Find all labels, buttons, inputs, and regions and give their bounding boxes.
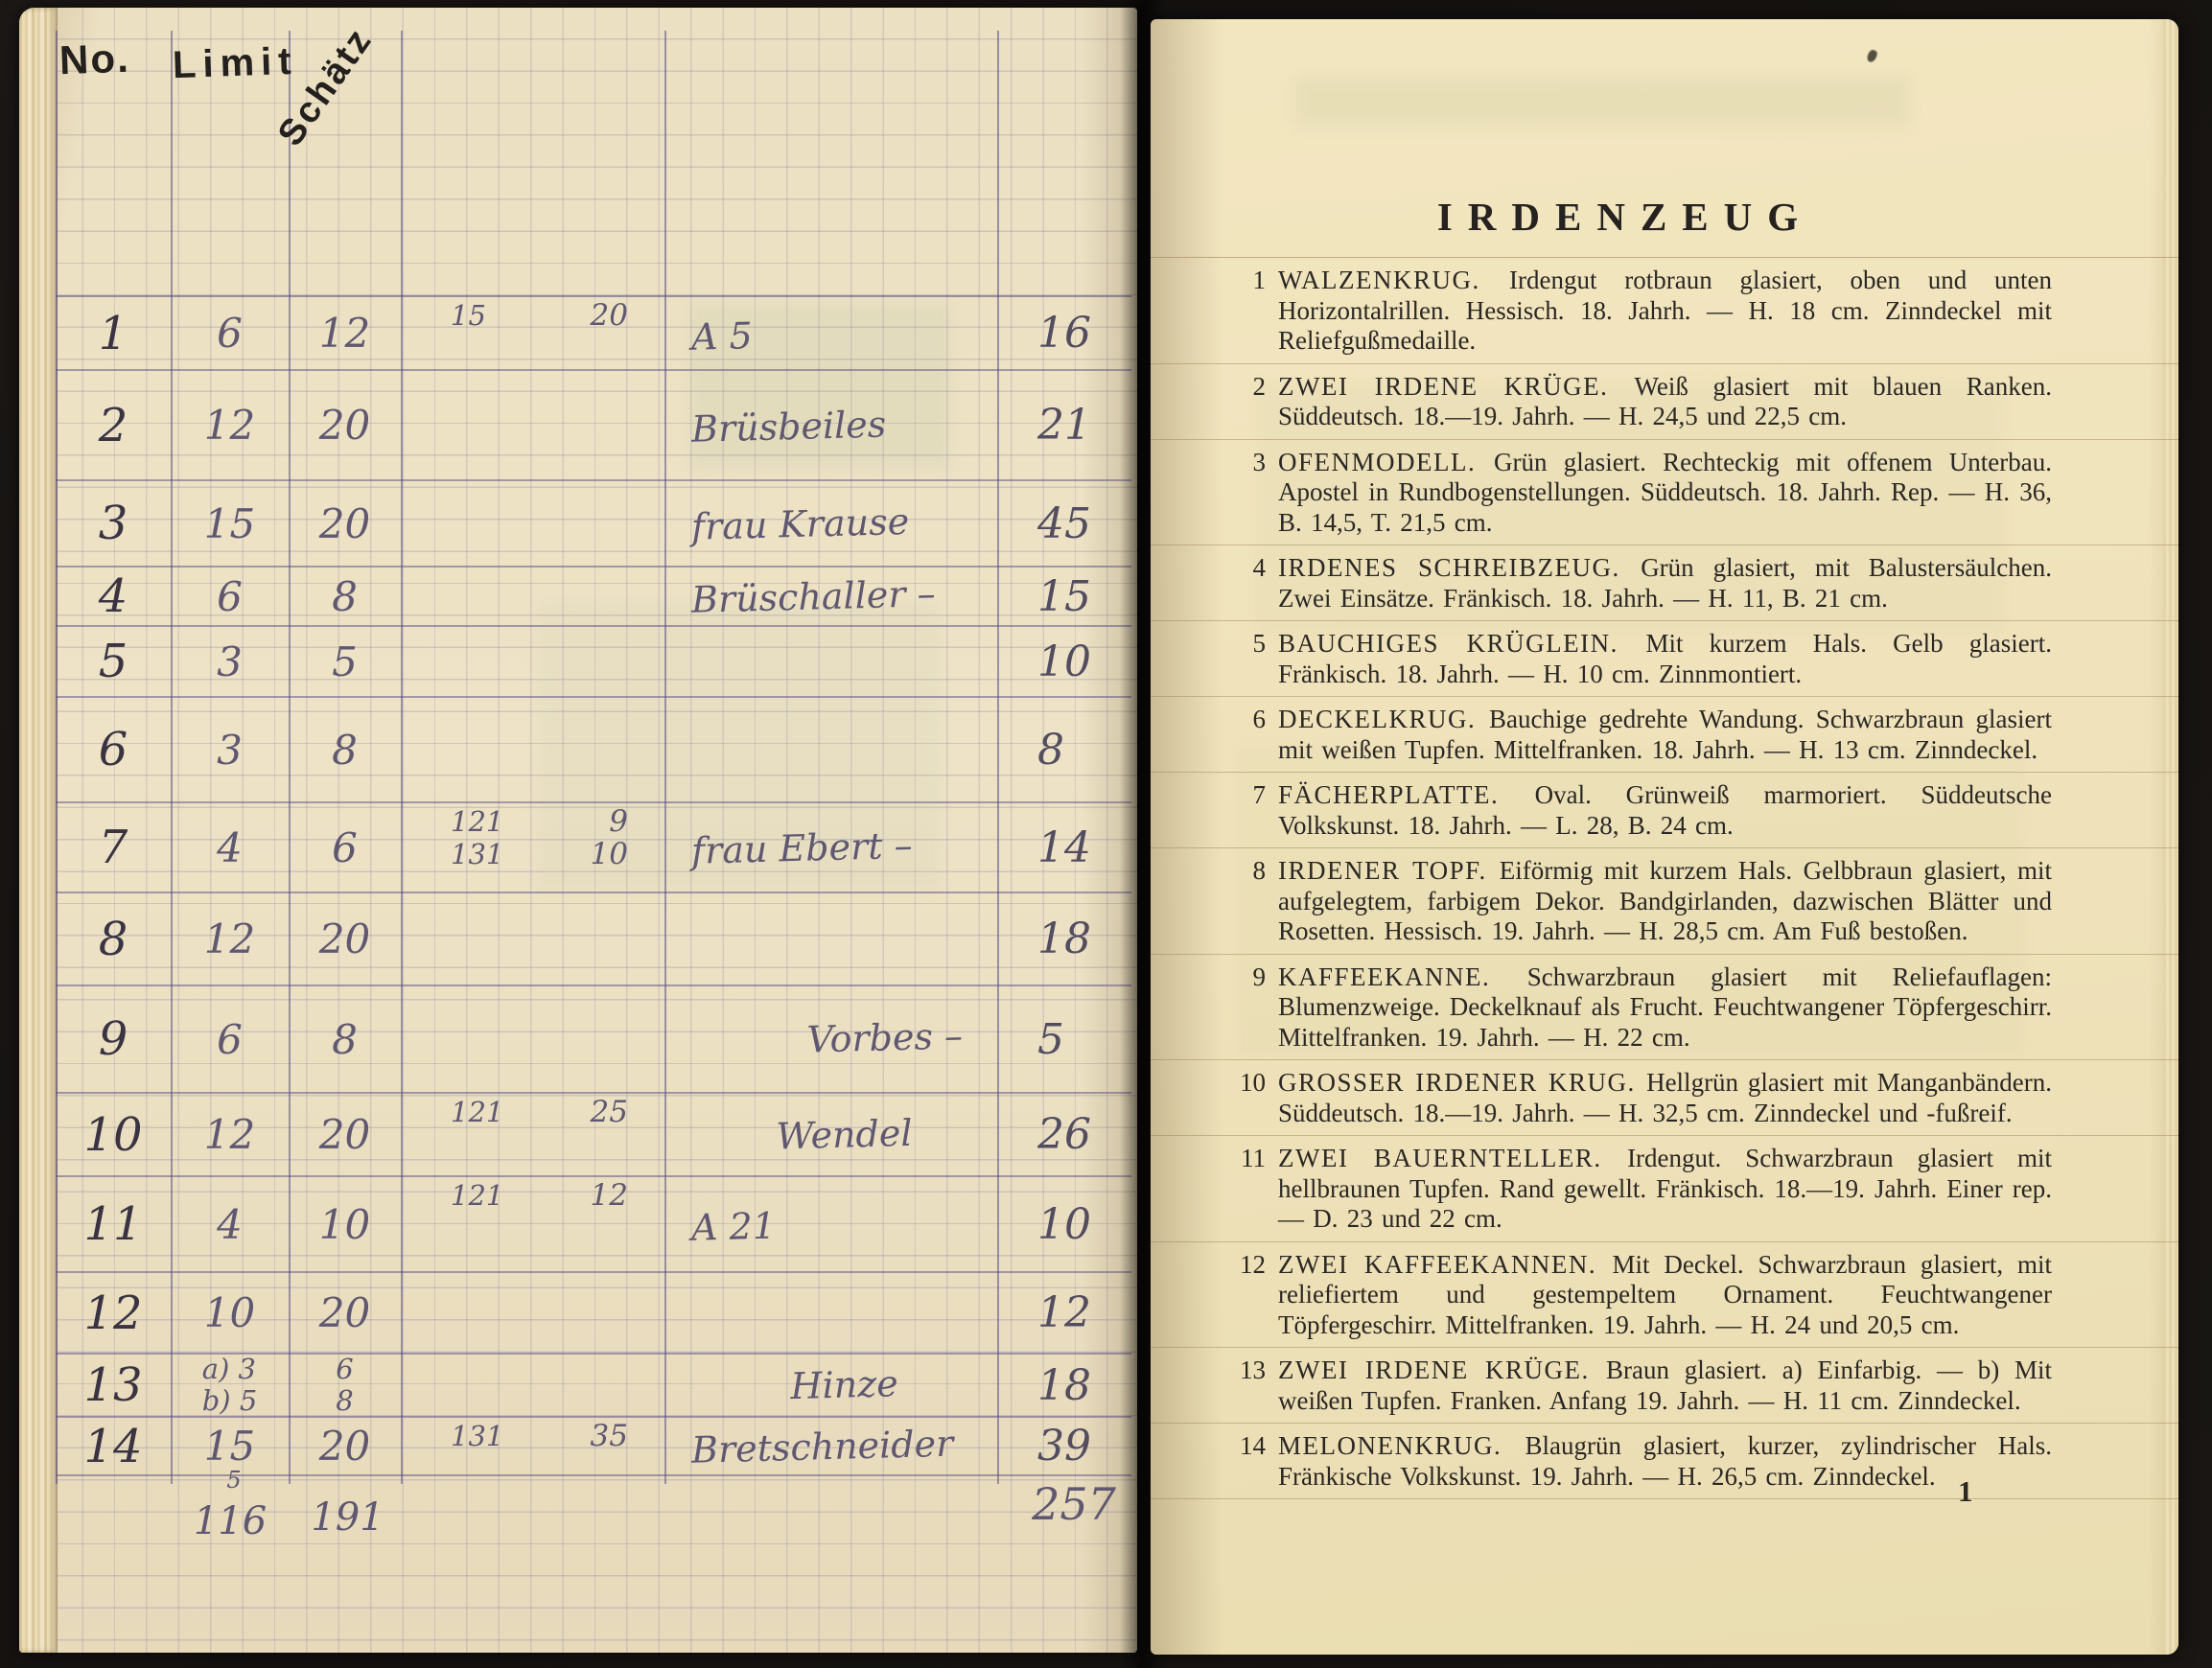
cell-schaetz: 6: [289, 803, 401, 892]
entry-name: ZWEI IRDENE KRÜGE.: [1278, 372, 1635, 401]
cell-lot-number: 6: [56, 698, 171, 801]
cell-limit: a) 3 b) 5: [171, 1355, 289, 1416]
entry-number: 5: [1199, 629, 1266, 660]
entry-name: ZWEI BAUERNTELLER.: [1278, 1144, 1627, 1172]
cell-code-bid: [401, 986, 664, 1092]
schaetz-total: 191: [292, 1495, 403, 1540]
cell-limit: 3: [171, 627, 289, 696]
cell-schaetz: 20: [289, 893, 401, 985]
entry-name: ZWEI IRDENE KRÜGE.: [1278, 1355, 1606, 1384]
catalog-entry: 13 ZWEI IRDENE KRÜGE. Braun glasiert. a)…: [1151, 1347, 2178, 1423]
entry-number: 9: [1199, 962, 1266, 993]
cell-schaetz: 5: [289, 627, 401, 696]
cell-lot-number: 12: [56, 1273, 171, 1353]
cell-lot-number: 8: [56, 893, 171, 985]
cell-limit: 4: [171, 803, 289, 892]
ledger-row: 7 4 6 121 131 9 10 frau Ebert – 14: [56, 803, 1131, 893]
cell-schaetz: 20: [289, 1273, 401, 1353]
cell-result: 45: [997, 481, 1131, 566]
cell-buyer: A 21: [664, 1172, 998, 1275]
entry-number: 4: [1199, 553, 1266, 584]
catalog-entry: 12 ZWEI KAFFEEKANNEN. Mit Deckel. Schwar…: [1151, 1241, 2178, 1348]
page-number: 1: [1958, 1474, 1973, 1509]
catalog-section-title: IRDENZEUG: [1151, 194, 2100, 240]
cell-result: 5: [997, 986, 1131, 1092]
cell-lot-number: 2: [56, 371, 171, 479]
catalog-entry: 11 ZWEI BAUERNTELLER. Irdengut. Schwarzb…: [1151, 1135, 2178, 1241]
catalog-entries: 1 WALZENKRUG. Irdengut rotbraun glasiert…: [1151, 257, 2178, 1499]
cell-schaetz: 20: [289, 1094, 401, 1175]
cell-result: 10: [997, 1177, 1131, 1271]
cell-bid: 9 10: [591, 805, 664, 870]
cell-schaetz: 20: [289, 481, 401, 566]
cell-code-bid: 131 35: [401, 1418, 664, 1474]
catalog-entry: 1 WALZENKRUG. Irdengut rotbraun glasiert…: [1151, 257, 2178, 363]
cell-code-bid: [401, 481, 664, 566]
ledger-page: No. Limit Schätz 1 6 12 15 20 A 5 16 2 1…: [19, 8, 1137, 1653]
catalog-entry: 5 BAUCHIGES KRÜGLEIN. Mit kurzem Hals. G…: [1151, 620, 2178, 696]
ledger-row: 11 4 10 121 12 A 21 10: [56, 1177, 1131, 1273]
cell-buyer: frau Ebert –: [664, 799, 998, 895]
cell-result: 26: [997, 1094, 1131, 1175]
cell-buyer: Hinze: [664, 1350, 998, 1420]
catalog-entry: 7 FÄCHERPLATTE. Oval. Grünweiß marmorier…: [1151, 772, 2178, 847]
ink-speck: [1866, 49, 1878, 63]
cell-bidder-code: 15: [401, 299, 486, 332]
ledger-row: 3 15 20 frau Krause 45: [56, 481, 1131, 568]
cell-schaetz: 8: [289, 986, 401, 1092]
cell-lot-number: 3: [56, 481, 171, 566]
cell-result: 21: [997, 371, 1131, 479]
entry-number: 12: [1199, 1250, 1266, 1281]
cell-schaetz: 8: [289, 568, 401, 625]
cell-lot-number: 4: [56, 568, 171, 625]
cell-lot-number: 9: [56, 986, 171, 1092]
catalog-page: IRDENZEUG 1 WALZENKRUG. Irdengut rotbrau…: [1151, 19, 2178, 1655]
entry-name: KAFFEEKANNE.: [1278, 962, 1527, 991]
entry-number: 8: [1199, 856, 1266, 887]
cell-code-bid: 121 12: [401, 1177, 664, 1271]
cell-code-bid: 121 131 9 10: [401, 803, 664, 892]
ledger-row: 9 6 8 Vorbes – 5: [56, 986, 1131, 1094]
entry-name: MELONENKRUG.: [1278, 1431, 1525, 1460]
entry-name: IRDENER TOPF.: [1278, 856, 1500, 885]
ledger-row: 4 6 8 Brüschaller – 15: [56, 568, 1131, 627]
ledger-row: 1 6 12 15 20 A 5 16: [56, 297, 1131, 371]
cell-bid: 12: [591, 1179, 664, 1212]
cell-bidder-code: 121 131: [401, 805, 503, 870]
cell-buyer: [664, 889, 998, 988]
entries-end-rule: [1151, 1498, 2178, 1499]
cell-buyer: [664, 693, 999, 805]
entry-number: 2: [1199, 372, 1266, 403]
cell-lot-number: 10: [56, 1094, 171, 1175]
column-header-no: No.: [58, 35, 130, 84]
ledger-row: 6 3 8 8: [56, 698, 1131, 803]
catalog-entry: 4 IRDENES SCHREIBZEUG. Grün glasiert, mi…: [1151, 544, 2178, 620]
ledger-row: 8 12 20 18: [56, 893, 1131, 986]
cell-limit: 6: [171, 568, 289, 625]
cell-limit: 12: [171, 893, 289, 985]
catalog-entry: 2 ZWEI IRDENE KRÜGE. Weiß glasiert mit b…: [1151, 363, 2178, 439]
cell-schaetz: 8: [289, 698, 401, 801]
cell-limit: 12: [171, 1094, 289, 1175]
ledger-row: 12 10 20 12: [56, 1273, 1131, 1355]
cell-limit: 10: [171, 1273, 289, 1353]
catalog-entry: 3 OFENMODELL. Grün glasiert. Rechteckig …: [1151, 439, 2178, 545]
entry-number: 10: [1199, 1068, 1266, 1099]
cell-schaetz: 6 8: [289, 1355, 401, 1416]
limit-total: 116: [173, 1499, 288, 1543]
cell-result: 18: [997, 1355, 1131, 1416]
ledger-row: 10 12 20 121 25 Wendel 26: [56, 1094, 1131, 1177]
catalog-entry: 8 IRDENER TOPF. Eiförmig mit kurzem Hals…: [1151, 847, 2178, 954]
cell-schaetz: 20: [289, 1418, 401, 1474]
catalog-entry: 6 DECKELKRUG. Bauchige gedrehte Wandung.…: [1151, 696, 2178, 772]
cell-code-bid: [401, 893, 664, 985]
cell-limit: 6: [171, 297, 289, 369]
cell-result: 39: [997, 1418, 1131, 1474]
cell-bidder-code: 131: [401, 1420, 503, 1452]
limit-total-superscript: 5: [215, 1467, 253, 1494]
entry-name: ZWEI KAFFEEKANNEN.: [1278, 1250, 1613, 1279]
cell-bidder-code: 121: [401, 1096, 503, 1128]
cell-buyer: Wendel: [664, 1089, 998, 1179]
ledger-header: No. Limit Schätz: [19, 8, 1137, 295]
ledger-row: 5 3 5 10: [56, 627, 1131, 698]
cell-result: 8: [997, 698, 1131, 801]
cell-bid: 20: [591, 299, 664, 332]
cell-result: 14: [997, 803, 1131, 892]
entry-name: IRDENES SCHREIBZEUG.: [1278, 553, 1641, 582]
cell-buyer: frau Krause: [664, 476, 998, 569]
ledger-rows: 1 6 12 15 20 A 5 16 2 12 20 Brüsbeiles 2…: [56, 295, 1131, 1476]
catalog-entry: 10 GROSSER IRDENER KRUG. Hellgrün glasie…: [1151, 1059, 2178, 1135]
cell-lot-number: 11: [56, 1177, 171, 1271]
cell-code-bid: [401, 698, 664, 801]
catalog-entry: 14 MELONENKRUG. Blaugrün glasiert, kurze…: [1151, 1423, 2178, 1498]
cell-buyer: A 5: [664, 292, 998, 373]
entry-name: BAUCHIGES KRÜGLEIN.: [1278, 629, 1646, 658]
cell-code-bid: [401, 627, 664, 696]
ledger-row: 13 a) 3 b) 5 6 8 Hinze 18: [56, 1355, 1131, 1418]
ledger-row: 2 12 20 Brüsbeiles 21: [56, 371, 1131, 481]
entry-number: 11: [1199, 1144, 1266, 1174]
entry-name: DECKELKRUG.: [1278, 705, 1489, 733]
cell-bid: 25: [591, 1096, 664, 1128]
cell-result: 12: [997, 1273, 1131, 1353]
cell-schaetz: 12: [289, 297, 401, 369]
cell-lot-number: 14: [56, 1418, 171, 1474]
cell-lot-number: 7: [56, 803, 171, 892]
cell-schaetz: 10: [289, 1177, 401, 1271]
cell-code-bid: [401, 1355, 664, 1416]
entry-name: WALZENKRUG.: [1278, 266, 1509, 294]
cell-bid: 35: [591, 1420, 664, 1452]
cell-code-bid: 121 25: [401, 1094, 664, 1175]
entry-number: 6: [1199, 705, 1266, 735]
catalog-entry: 9 KAFFEEKANNE. Schwarzbraun glasiert mit…: [1151, 954, 2178, 1060]
entry-number: 1: [1199, 266, 1266, 296]
cell-limit: 12: [171, 371, 289, 479]
cell-result: 15: [997, 568, 1131, 625]
cell-buyer: Brüschaller –: [664, 563, 997, 629]
cell-result: 10: [997, 627, 1131, 696]
cell-schaetz: 20: [289, 371, 401, 479]
cell-code-bid: [401, 1273, 664, 1353]
cell-buyer: Vorbes –: [664, 982, 999, 1096]
bleed-through-ghost: [1294, 77, 1908, 125]
cell-limit: 4: [171, 1177, 289, 1271]
cell-result: 18: [997, 893, 1131, 985]
entry-number: 7: [1199, 780, 1266, 811]
cell-buyer: Brüsbeiles: [664, 366, 999, 483]
cell-limit: 3: [171, 698, 289, 801]
cell-limit: 6: [171, 986, 289, 1092]
cell-code-bid: 15 20: [401, 297, 664, 369]
entry-number: 13: [1199, 1355, 1266, 1386]
cell-lot-number: 13: [56, 1355, 171, 1416]
entry-name: GROSSER IRDENER KRUG.: [1278, 1068, 1646, 1097]
cell-lot-number: 1: [56, 297, 171, 369]
cell-result: 16: [997, 297, 1131, 369]
entry-name: FÄCHERPLATTE.: [1278, 780, 1535, 809]
cell-code-bid: [401, 371, 664, 479]
entry-number: 3: [1199, 448, 1266, 478]
cell-bidder-code: 121: [401, 1179, 503, 1212]
cell-buyer: [664, 1268, 998, 1356]
cell-limit: 15: [171, 481, 289, 566]
entry-name: OFENMODELL.: [1278, 448, 1494, 476]
entry-number: 14: [1199, 1431, 1266, 1462]
scanned-auction-catalog-spread: No. Limit Schätz 1 6 12 15 20 A 5 16 2 1…: [0, 0, 2212, 1668]
column-header-limit: Limit: [172, 40, 298, 88]
cell-lot-number: 5: [56, 627, 171, 696]
cell-buyer: Bretschneider: [664, 1413, 997, 1478]
cell-code-bid: [401, 568, 664, 625]
cell-buyer: [664, 622, 998, 700]
